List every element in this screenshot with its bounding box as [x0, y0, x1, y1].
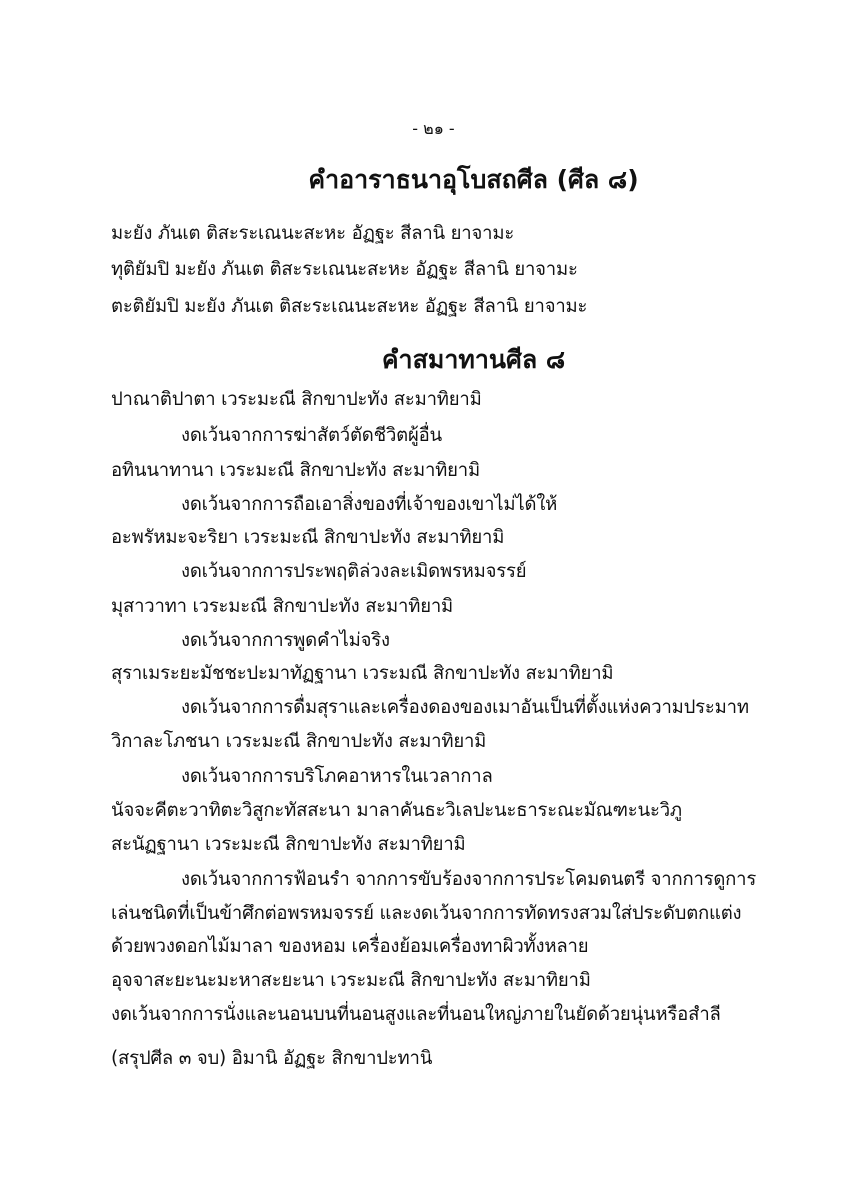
section-title-precepts: คำสมาทานศีล ๘ [40, 340, 867, 380]
section-title-invitation: คำอาราธนาอุโบสถศีล (ศีล ๘) [40, 160, 867, 200]
precept-thai-line: งดเว้นจากการดื่มสุราและเครื่องดองของเมาอ… [181, 693, 749, 722]
precept-pali-line: ปาณาติปาตา เวระมะณี สิกขาปะทัง สะมาทิยาม… [111, 385, 482, 414]
precept-thai-line: งดเว้นจากการถือเอาสิ่งของที่เจ้าของเขาไม… [181, 490, 557, 519]
precept-thai-line: งดเว้นจากการนั่งและนอนบนที่นอนสูงและที่น… [111, 1000, 721, 1029]
invitation-line: มะยัง ภันเต ติสะระเณนะสะหะ อัฏฐะ สีลานิ … [111, 219, 514, 248]
page-number: - ๒๑ - [0, 117, 867, 142]
precept-thai-line: งดเว้นจากการฟ้อนรำ จากการขับร้องจากการปร… [181, 865, 756, 894]
precept-thai-line: งดเว้นจากการพูดคำไม่จริง [181, 626, 390, 655]
precept-pali-line: อทินนาทานา เวระมะณี สิกขาปะทัง สะมาทิยาม… [111, 456, 480, 485]
precept-pali-line: สุราเมระยะมัชชะปะมาทัฏฐานา เวระมณี สิกขา… [111, 659, 613, 688]
precept-thai-line: เล่นชนิดที่เป็นข้าศึกต่อพรหมจรรย์ และงดเ… [111, 899, 741, 928]
precept-thai-line: งดเว้นจากการประพฤติล่วงละเมิดพรหมจรรย์ [181, 557, 526, 586]
invitation-line: ตะติยัมปิ มะยัง ภันเต ติสะระเณนะสะหะ อัฏ… [111, 292, 587, 321]
invitation-line: ทุติยัมปิ มะยัง ภันเต ติสะระเณนะสะหะ อัฏ… [111, 255, 578, 284]
summary-line: (สรุปศีล ๓ จบ) อิมานิ อัฏฐะ สิกขาปะทานิ [111, 1044, 432, 1073]
precept-pali-line: วิกาละโภชนา เวระมะณี สิกขาปะทัง สะมาทิยา… [111, 727, 486, 756]
precept-pali-line: นัจจะคีตะวาทิตะวิสูกะทัสสะนา มาลาคันธะวิ… [111, 796, 682, 825]
precept-thai-line: งดเว้นจากการฆ่าสัตว์ตัดชีวิตผู้อื่น [181, 421, 442, 450]
precept-pali-line: มุสาวาทา เวระมะณี สิกขาปะทัง สะมาทิยามิ [111, 592, 453, 621]
precept-pali-line: อะพรัหมะจะริยา เวระมะณี สิกขาปะทัง สะมาท… [111, 523, 504, 552]
precept-pali-line: อุจจาสะยะนะมะหาสะยะนา เวระมะณี สิกขาปะทั… [111, 966, 591, 995]
precept-thai-line: งดเว้นจากการบริโภคอาหารในเวลากาล [181, 762, 493, 791]
precept-thai-line: ด้วยพวงดอกไม้มาลา ของหอม เครื่องย้อมเครื… [111, 932, 588, 961]
precept-pali-line: สะนัฏฐานา เวระมะณี สิกขาปะทัง สะมาทิยามิ [111, 830, 466, 859]
